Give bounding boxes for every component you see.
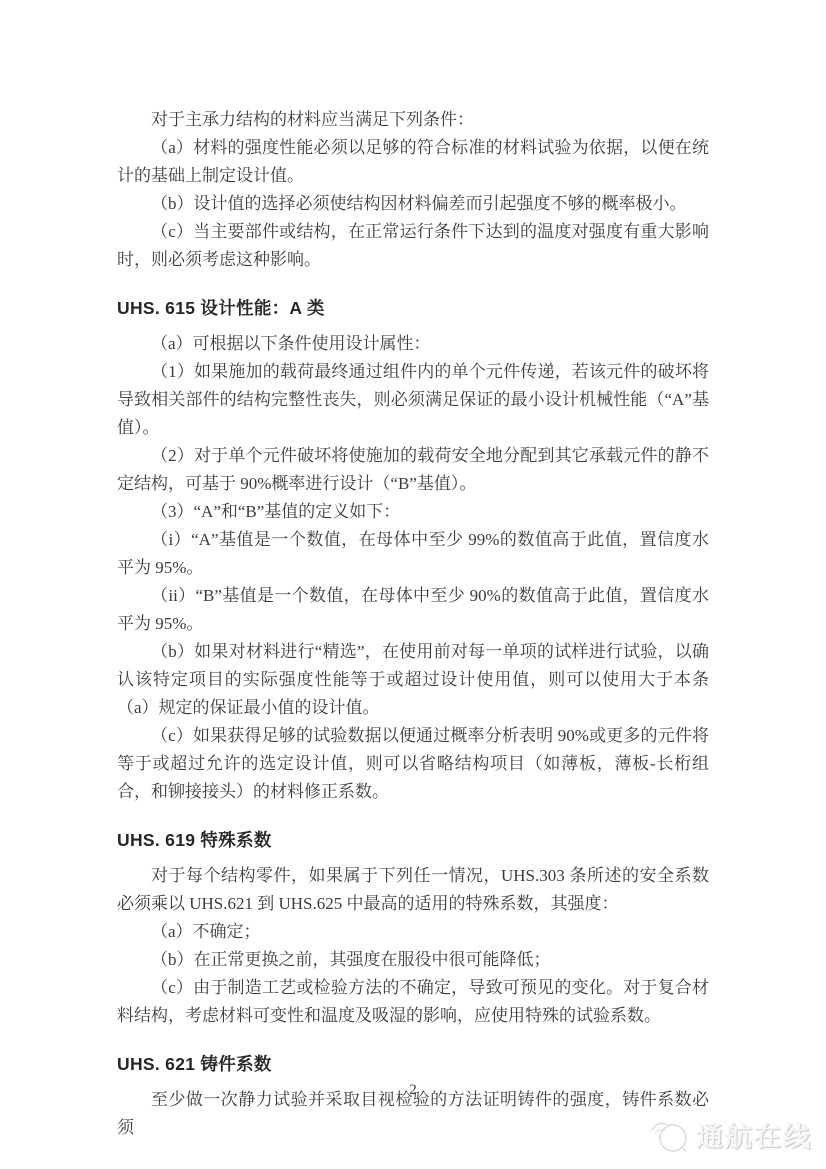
paragraph: （a）可根据以下条件使用设计属性： xyxy=(117,330,709,358)
paragraph: （b）在正常更换之前，其强度在服役中很可能降低； xyxy=(117,946,709,974)
section-heading-uhs621: UHS. 621 铸件系数 xyxy=(117,1050,709,1078)
paragraph: （2）对于单个元件破坏将使施加的载荷安全地分配到其它承载元件的静不定结构，可基于… xyxy=(117,442,709,498)
paragraph: （a）材料的强度性能必须以足够的符合标准的材料试验为依据，以便在统计的基础上制定… xyxy=(117,134,709,190)
watermark: 通航在线 xyxy=(646,1110,812,1158)
paragraph: 对于每个结构零件，如果属于下列任一情况，UHS.303 条所述的安全系数必须乘以… xyxy=(117,862,709,918)
document-content: 对于主承力结构的材料应当满足下列条件： （a）材料的强度性能必须以足够的符合标准… xyxy=(0,0,826,1142)
paragraph: （c）由于制造工艺或检验方法的不确定，导致可预见的变化。对于复合材料结构，考虑材… xyxy=(117,974,709,1030)
paragraph: （3）“A”和“B”基值的定义如下： xyxy=(117,498,709,526)
paragraph: 对于主承力结构的材料应当满足下列条件： xyxy=(117,106,709,134)
section-heading-uhs615: UHS. 615 设计性能：A 类 xyxy=(117,294,709,322)
paragraph: （1）如果施加的载荷最终通过组件内的单个元件传递，若该元件的破坏将导致相关部件的… xyxy=(117,358,709,442)
paragraph: （i）“A”基值是一个数值，在母体中至少 99%的数值高于此值，置信度水平为 9… xyxy=(117,526,709,582)
document-page: 对于主承力结构的材料应当满足下列条件： （a）材料的强度性能必须以足够的符合标准… xyxy=(0,0,826,1169)
globe-bird-logo-icon xyxy=(646,1110,692,1158)
paragraph: （c）当主要部件或结构，在正常运行条件下达到的温度对强度有重大影响时，则必须考虑… xyxy=(117,218,709,274)
paragraph: （b）如果对材料进行“精选”，在使用前对每一单项的试样进行试验，以确认该特定项目… xyxy=(117,638,709,722)
section-heading-uhs619: UHS. 619 特殊系数 xyxy=(117,826,709,854)
watermark-text: 通航在线 xyxy=(696,1115,812,1154)
paragraph: （b）设计值的选择必须使结构因材料偏差而引起强度不够的概率极小。 xyxy=(117,190,709,218)
page-number: 2 xyxy=(0,1082,826,1099)
paragraph: （ii）“B”基值是一个数值，在母体中至少 90%的数值高于此值，置信度水平为 … xyxy=(117,582,709,638)
paragraph: （c）如果获得足够的试验数据以便通过概率分析表明 90%或更多的元件将等于或超过… xyxy=(117,722,709,806)
paragraph: （a）不确定； xyxy=(117,918,709,946)
